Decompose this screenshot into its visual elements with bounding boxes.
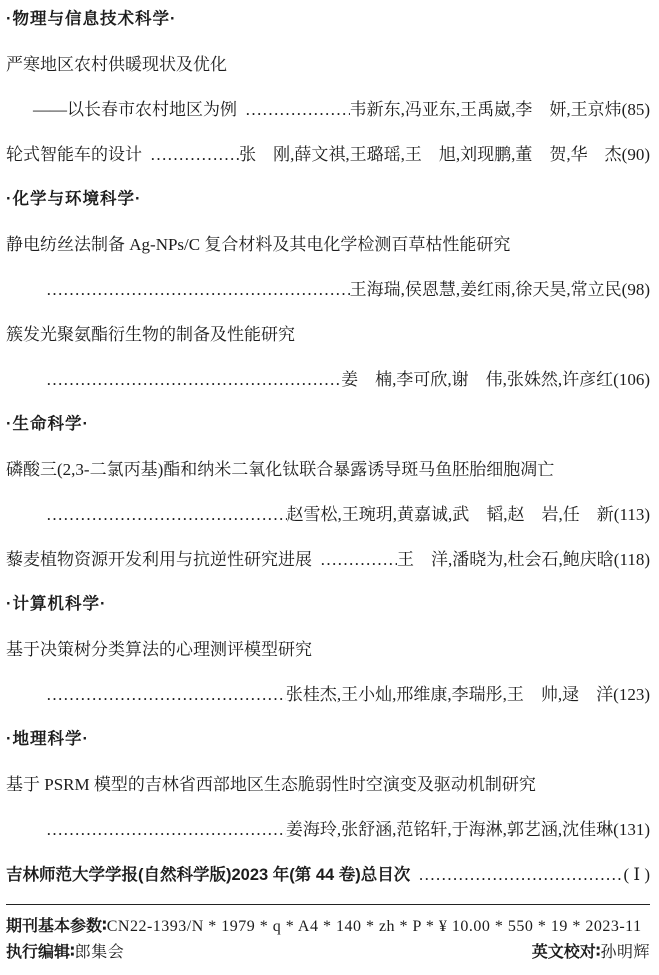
dot-leader: ………………………: [142, 144, 239, 165]
article-title: 静电纺丝法制备 Ag-NPs/C 复合材料及其电化学检测百草枯性能研究: [6, 234, 650, 255]
english-proofreader-label: 英文校对∶: [532, 944, 601, 961]
dot-leader: ……………………………………………………………………: [38, 369, 341, 390]
volume-index-title: 吉林师范大学学报(自然科学版)2023 年(第 44 卷)总目次: [6, 865, 410, 886]
article-subtitle-authors-row: ——以长春市农村地区为例 ……………………… 韦新东,冯亚东,王禹崴,李 妍,王…: [6, 99, 650, 120]
article-title: 基于决策树分类算法的心理测评模型研究: [6, 639, 650, 660]
english-proofreader: 英文校对∶孙明辉: [532, 941, 650, 963]
article-title: 簇发光聚氨酯衍生物的制备及性能研究: [6, 324, 650, 345]
dot-leader: ………………………: [237, 99, 350, 120]
journal-params-row: 期刊基本参数∶ CN22-1393/N * 1979 * q * A4 * 14…: [6, 916, 650, 938]
page-number: (90): [622, 145, 650, 164]
footer-divider: [6, 904, 650, 905]
article-title: 严寒地区农村供暖现状及优化: [6, 54, 650, 75]
english-proofreader-name: 孙明辉: [600, 944, 650, 961]
article-authors-page: 张桂杰,王小灿,邢维康,李瑞彤,王 帅,逯 洋(123): [286, 684, 650, 705]
article-authors-row: …………………………………………………… 张桂杰,王小灿,邢维康,李瑞彤,王 帅…: [6, 684, 650, 705]
article-authors: 张 刚,薛文祺,王璐瑶,王 旭,刘现鹏,董 贺,华 杰: [239, 145, 622, 164]
article-authors-page: 王海瑞,侯恩慧,姜红雨,徐天昊,常立民(98): [350, 279, 650, 300]
dot-leader: ……………………………………………………: [38, 819, 286, 840]
article-authors-page: 张 刚,薛文祺,王璐瑶,王 旭,刘现鹏,董 贺,华 杰(90): [239, 144, 650, 165]
article-title: 轮式智能车的设计: [6, 144, 142, 165]
page-number: (123): [613, 685, 650, 704]
dot-leader: ……………………………………………………………………: [38, 279, 350, 300]
article-authors: 赵雪松,王琬玥,黄嘉诚,武 韬,赵 岩,任 新: [287, 505, 614, 524]
article-authors-page: 姜海玲,张舒涵,范铭轩,于海淋,郭艺涵,沈佳琳(131): [286, 819, 650, 840]
dot-leader: ………………………………………………: [410, 864, 623, 885]
article-authors-row: …………………………………………………… 赵雪松,王琬玥,黄嘉诚,武 韬,赵 岩…: [6, 504, 650, 525]
section-heading-computer-science: ·计算机科学·: [6, 594, 650, 615]
dot-leader: ……………………………………………………: [38, 504, 287, 525]
article-authors: 姜海玲,张舒涵,范铭轩,于海淋,郭艺涵,沈佳琳: [286, 820, 613, 839]
section-heading-chemistry: ·化学与环境科学·: [6, 189, 650, 210]
executive-editor-name: 郎集会: [75, 944, 125, 961]
page-number: (106): [613, 370, 650, 389]
journal-toc-page: { "page": { "background": "#ffffff", "te…: [0, 0, 659, 975]
page-number: (131): [613, 820, 650, 839]
section-heading-life-science: ·生命科学·: [6, 414, 650, 435]
article-authors-page: 韦新东,冯亚东,王禹崴,李 妍,王京炜(85): [350, 99, 650, 120]
journal-params-value: CN22-1393/N * 1979 * q * A4 * 140 * zh *…: [107, 916, 642, 938]
article-entry-row: 藜麦植物资源开发利用与抗逆性研究进展 ……………………… 王 洋,潘晓为,杜会石…: [6, 549, 650, 570]
executive-editor-label: 执行编辑∶: [6, 944, 75, 961]
article-authors-page: 赵雪松,王琬玥,黄嘉诚,武 韬,赵 岩,任 新(113): [287, 504, 650, 525]
dot-leader: ………………………: [312, 549, 397, 570]
article-authors-row: …………………………………………………………………… 王海瑞,侯恩慧,姜红雨,徐…: [6, 279, 650, 300]
article-title: 磷酸三(2,3-二氯丙基)酯和纳米二氧化钛联合暴露诱导斑马鱼胚胎细胞凋亡: [6, 459, 650, 480]
page-number: (85): [622, 100, 650, 119]
article-title: 基于 PSRM 模型的吉林省西部地区生态脆弱性时空演变及驱动机制研究: [6, 774, 650, 795]
article-authors-row: …………………………………………………………………… 姜 楠,李可欣,谢 伟,张…: [6, 369, 650, 390]
article-authors: 王海瑞,侯恩慧,姜红雨,徐天昊,常立民: [350, 280, 622, 299]
article-authors-row: …………………………………………………… 姜海玲,张舒涵,范铭轩,于海淋,郭艺涵…: [6, 819, 650, 840]
page-number: (98): [622, 280, 650, 299]
journal-params-label: 期刊基本参数∶: [6, 916, 107, 938]
article-authors-page: 姜 楠,李可欣,谢 伟,张姝然,许彦红(106): [341, 369, 650, 390]
dot-leader: ……………………………………………………: [38, 684, 286, 705]
article-authors-page: 王 洋,潘晓为,杜会石,鲍庆晗(118): [397, 549, 650, 570]
article-subtitle: ——以长春市农村地区为例: [33, 99, 237, 120]
page-number: (118): [614, 550, 650, 569]
section-heading-physics: ·物理与信息技术科学·: [6, 9, 650, 30]
article-authors: 张桂杰,王小灿,邢维康,李瑞彤,王 帅,逯 洋: [286, 685, 613, 704]
article-title: 藜麦植物资源开发利用与抗逆性研究进展: [6, 549, 312, 570]
section-heading-geography: ·地理科学·: [6, 729, 650, 750]
article-authors: 王 洋,潘晓为,杜会石,鲍庆晗: [397, 550, 614, 569]
page-number: (113): [614, 505, 650, 524]
volume-index-row: 吉林师范大学学报(自然科学版)2023 年(第 44 卷)总目次 ……………………: [6, 864, 650, 885]
article-authors: 姜 楠,李可欣,谢 伟,张姝然,许彦红: [341, 370, 613, 389]
volume-index-page: ( Ⅰ ): [623, 864, 650, 885]
article-entry-row: 轮式智能车的设计 ……………………… 张 刚,薛文祺,王璐瑶,王 旭,刘现鹏,董…: [6, 144, 650, 165]
executive-editor: 执行编辑∶郎集会: [6, 941, 124, 963]
editors-row: 执行编辑∶郎集会 英文校对∶孙明辉: [6, 941, 650, 963]
article-authors: 韦新东,冯亚东,王禹崴,李 妍,王京炜: [350, 100, 622, 119]
